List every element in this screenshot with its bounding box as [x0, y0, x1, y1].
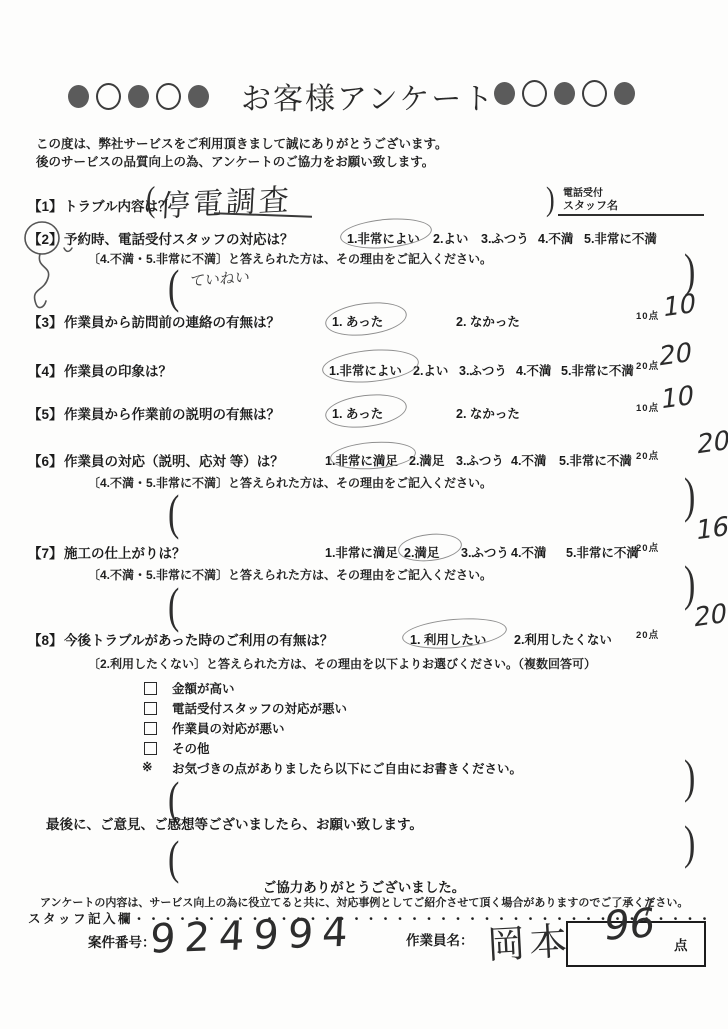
handwritten-case-number: 924994 — [149, 909, 358, 962]
dot-outline-icon — [522, 80, 547, 107]
final-request-text: 最後に、ご意見、ご感想等ございましたら、お願い致します。 — [46, 813, 423, 833]
question-7-text: 施工の仕上がりは？ — [64, 542, 186, 562]
circle-mark-q6 — [329, 439, 417, 472]
q2-reason-note: 〔4.不満・5.非常に不満〕と答えられた方は、その理由をご記入ください。 — [88, 250, 492, 267]
free-text-bracket-close: ) — [684, 470, 695, 525]
q3-option-2: 2. なかった — [456, 312, 520, 330]
q7-score-label: 20点 — [636, 540, 659, 554]
q6-score-label: 20点 — [636, 448, 659, 462]
q4-option-5: 5.非常に不満 — [561, 361, 634, 379]
question-3-number: 【3】 — [28, 311, 63, 331]
q6-option-5: 5.非常に不満 — [559, 451, 632, 469]
notice-text: アンケートの内容は、サービス向上の為に役立てると共に、対応事例としてご紹介させて… — [40, 894, 688, 910]
q7-option-1: 1.非常に満足 — [325, 543, 398, 561]
q2-option-3: 3.ふつう — [481, 229, 529, 247]
q8-reason-4: その他 — [172, 739, 210, 757]
q2-option-5: 5.非常に不満 — [584, 229, 657, 247]
free-text-bracket-close: ) — [684, 752, 695, 805]
handwritten-q4-score: 20 — [658, 337, 694, 372]
question-5-text: 作業員から作業前の説明の有無は？ — [64, 403, 280, 423]
handwritten-q3-score: 10 — [662, 288, 698, 323]
phone-staff-label-2: スタッフ名 — [563, 197, 618, 213]
question-4-number: 【4】 — [28, 360, 63, 380]
dot-outline-icon — [582, 80, 607, 107]
free-text-bracket-close: ) — [684, 818, 695, 871]
question-2-text: 予約時、電話受付スタッフの対応は？ — [64, 228, 294, 248]
q8-score-label: 20点 — [636, 627, 659, 641]
question-6-text: 作業員の対応（説明、応対 等）は？ — [64, 450, 284, 470]
handwritten-trouble-answer: 停電調査 — [159, 174, 293, 225]
q5-score-label: 10点 — [636, 400, 659, 414]
q8-reason-2: 電話受付スタッフの対応が悪い — [172, 699, 347, 717]
question-5-number: 【5】 — [28, 403, 63, 423]
dot-filled-icon — [128, 85, 149, 108]
question-3-text: 作業員から訪問前の連絡の有無は？ — [64, 311, 280, 331]
q6-option-3: 3.ふつう — [456, 451, 504, 469]
dot-filled-icon — [494, 82, 515, 105]
header-dots-left — [68, 83, 209, 110]
q7-option-4: 4.不満 — [511, 543, 546, 561]
handwritten-q7-score: 16 — [695, 511, 728, 546]
handwritten-worker-name: 岡本 — [486, 910, 573, 969]
q4-option-3: 3.ふつう — [459, 361, 507, 379]
question-2-number: 【2】 — [28, 228, 63, 248]
circle-mark-q3 — [323, 298, 408, 340]
staff-bracket: ) — [546, 180, 555, 219]
dot-filled-icon — [554, 82, 575, 105]
free-text-bracket-open: ( — [168, 487, 179, 542]
circle-mark-q5 — [323, 390, 408, 432]
question-1-number: 【1】 — [28, 195, 63, 215]
circle-mark-q8 — [401, 614, 508, 652]
intro-line-1: この度は、弊社サービスをご利用頂きまして誠にありがとうございます。 — [36, 134, 448, 152]
question-1-text: トラブル内容は？ — [64, 195, 171, 215]
q3-score-label: 10点 — [636, 308, 659, 322]
q8-option-2: 2.利用したくない — [514, 630, 612, 648]
dot-filled-icon — [68, 85, 89, 108]
case-number-label: 案件番号： — [88, 931, 156, 951]
q7-reason-note: 〔4.不満・5.非常に不満〕と答えられた方は、その理由をご記入ください。 — [88, 566, 492, 583]
q6-reason-note: 〔4.不満・5.非常に不満〕と答えられた方は、その理由をご記入ください。 — [88, 474, 492, 491]
answer-bracket-open: ( — [146, 180, 155, 222]
checkbox-icon — [144, 702, 157, 715]
dot-filled-icon — [188, 85, 209, 108]
handwritten-total-score: 96 — [602, 900, 658, 950]
q6-option-4: 4.不満 — [511, 451, 546, 469]
question-6-number: 【6】 — [28, 450, 63, 470]
handwritten-q8-score: 20 — [693, 598, 728, 633]
q8-reason-1: 金額が高い — [172, 679, 235, 697]
q8-reason-note: 〔2.利用したくない〕と答えられた方は、その理由を以下よりお選びください。（複数… — [88, 655, 596, 672]
q5-option-2: 2. なかった — [456, 404, 520, 422]
q7-option-3: 3.ふつう — [461, 543, 509, 561]
survey-sheet: お客様アンケート この度は、弊社サービスをご利用頂きまして誠にありがとうございま… — [0, 0, 728, 1029]
checkbox-icon — [144, 722, 157, 735]
q7-option-5: 5.非常に不満 — [566, 543, 639, 561]
asterisk-mark-icon: ※ — [142, 759, 152, 774]
header-dots-right — [494, 80, 635, 107]
checkbox-icon — [144, 682, 157, 695]
handwritten-q2-comment: ていねい — [189, 266, 251, 291]
dot-outline-icon — [96, 83, 121, 110]
circle-mark-q4 — [321, 346, 420, 386]
worker-name-label: 作業員名： — [406, 929, 474, 949]
free-text-bracket-open: ( — [168, 580, 179, 635]
handwritten-q6-score: 20 — [696, 425, 728, 460]
free-text-bracket-open: ( — [168, 262, 179, 315]
thanks-text: ご協力ありがとうございました。 — [0, 876, 728, 896]
free-text-bracket-close: ) — [684, 558, 695, 613]
staff-entry-label-text: スタッフ記入欄 — [28, 912, 133, 926]
q8-reason-3: 作業員の対応が悪い — [172, 719, 285, 737]
question-7-number: 【7】 — [28, 542, 63, 562]
question-8-text: 今後トラブルがあった時のご利用の有無は？ — [64, 629, 333, 649]
handwritten-q5-score: 10 — [660, 380, 696, 415]
checkbox-icon — [144, 742, 157, 755]
q4-option-4: 4.不満 — [516, 361, 551, 379]
q8-free-note: お気づきの点がありましたら以下にご自由にお書きください。 — [172, 759, 522, 777]
dot-outline-icon — [156, 83, 181, 110]
question-4-text: 作業員の印象は？ — [64, 360, 172, 380]
page-title: お客様アンケート — [241, 74, 495, 118]
score-unit-label: 点 — [674, 934, 688, 954]
question-8-number: 【8】 — [28, 629, 63, 649]
dot-filled-icon — [614, 82, 635, 105]
intro-line-2: 後のサービスの品質向上の為、アンケートのご協力をお願い致します。 — [36, 152, 434, 170]
q2-option-4: 4.不満 — [538, 229, 573, 247]
staff-name-line — [558, 214, 704, 216]
q2-option-2: 2.よい — [433, 229, 468, 247]
q4-score-label: 20点 — [636, 358, 659, 372]
